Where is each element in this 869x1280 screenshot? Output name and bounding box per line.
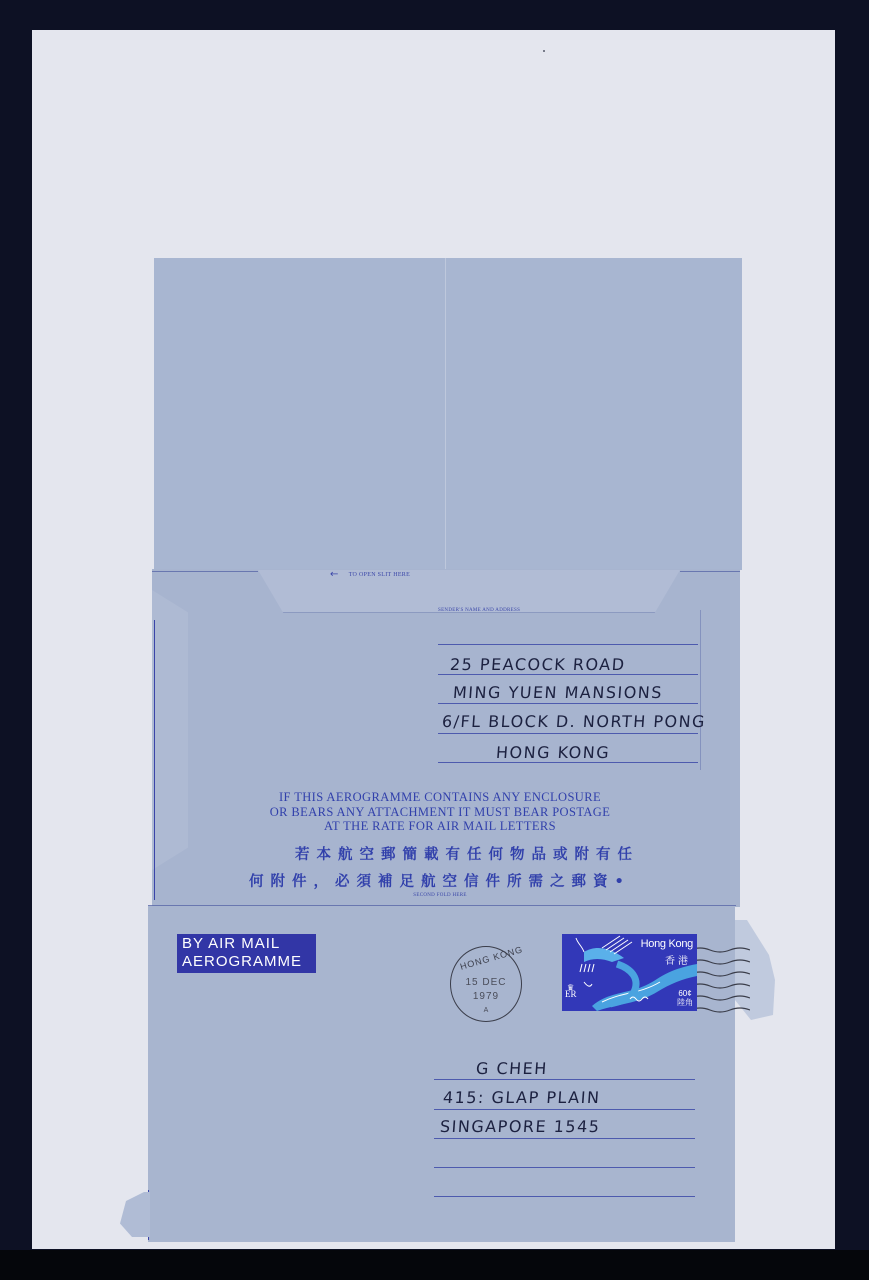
sender-line-1: 25 PEACOCK ROAD: [449, 655, 626, 674]
open-slit-instruction: ← TO OPEN SLIT HERE: [330, 569, 410, 580]
torn-edge: [120, 1192, 150, 1237]
sender-label: SENDER'S NAME AND ADDRESS: [438, 608, 520, 613]
recipient-line-3: SINGAPORE 1545: [439, 1117, 601, 1136]
airmail-line-1: BY AIR MAIL: [182, 935, 316, 953]
address-rule: [438, 674, 698, 675]
enclosure-notice: IF THIS AEROGRAMME CONTAINS ANY ENCLOSUR…: [240, 790, 640, 834]
crease: [445, 258, 446, 570]
edge-rule: [154, 620, 155, 900]
notice-line-1: IF THIS AEROGRAMME CONTAINS ANY ENCLOSUR…: [240, 790, 640, 805]
side-flap: [152, 590, 188, 870]
sender-line-3: 6/FL BLOCK D. NORTH PONG: [441, 712, 706, 731]
postmark-code: A: [451, 1007, 521, 1014]
slit-text: TO OPEN SLIT HERE: [349, 572, 410, 578]
stamp-country-chinese: 香港: [665, 952, 691, 967]
notice-chinese-line-1: 若本航空郵簡載有任何物品或附有任: [295, 843, 639, 864]
stamp-country: Hong Kong: [641, 938, 693, 950]
stamp-value-chinese: 陸角: [677, 998, 693, 1007]
notice-line-3: AT THE RATE FOR AIR MAIL LETTERS: [240, 819, 640, 834]
fold-line: [148, 905, 736, 906]
arrow-left-icon: ←: [330, 569, 339, 580]
postmark: HONG KONG 15 DEC 1979 A: [450, 946, 522, 1022]
stamp-value: 60¢ 陸角: [677, 989, 693, 1007]
recipient-line-2: 415: GLAP PLAIN: [442, 1088, 601, 1107]
top-flap: [258, 570, 680, 613]
address-rule: [434, 1138, 695, 1139]
address-rule: [438, 762, 698, 763]
second-fold-instruction: SECOND FOLD HERE: [380, 893, 500, 898]
airmail-label: BY AIR MAIL AEROGRAMME: [177, 934, 316, 973]
sender-line-4: HONG KONG: [495, 743, 610, 762]
address-rule: [434, 1167, 695, 1168]
address-rule: [434, 1196, 695, 1197]
address-rule: [434, 1109, 695, 1110]
notice-line-2: OR BEARS ANY ATTACHMENT IT MUST BEAR POS…: [240, 805, 640, 820]
postage-stamp: Hong Kong 香港 ♛ ER 60¢ 陸角: [562, 934, 697, 1011]
letter-panel: [154, 258, 742, 570]
cancellation-wavy-lines-icon: [690, 940, 750, 1025]
recipient-line-1: G CHEH: [475, 1059, 548, 1078]
fold-line: [152, 571, 258, 572]
edge-rule: [700, 610, 701, 770]
aerogramme: ← TO OPEN SLIT HERE SENDER'S NAME AND AD…: [0, 0, 869, 1280]
airmail-line-2: AEROGRAMME: [182, 953, 316, 971]
postmark-date: 15 DEC: [451, 977, 521, 988]
address-rule: [438, 703, 698, 704]
sender-line-2: MING YUEN MANSIONS: [452, 683, 663, 702]
address-rule: [438, 644, 698, 645]
address-rule: [438, 733, 698, 734]
address-rule: [434, 1079, 695, 1080]
fold-line: [680, 571, 740, 572]
royal-cypher: ER: [565, 990, 577, 999]
notice-chinese-line-2: 何附件，必須補足航空信件所需之郵資•: [249, 870, 631, 891]
postmark-year: 1979: [451, 991, 521, 1002]
stamp-value-amount: 60¢: [677, 989, 693, 998]
